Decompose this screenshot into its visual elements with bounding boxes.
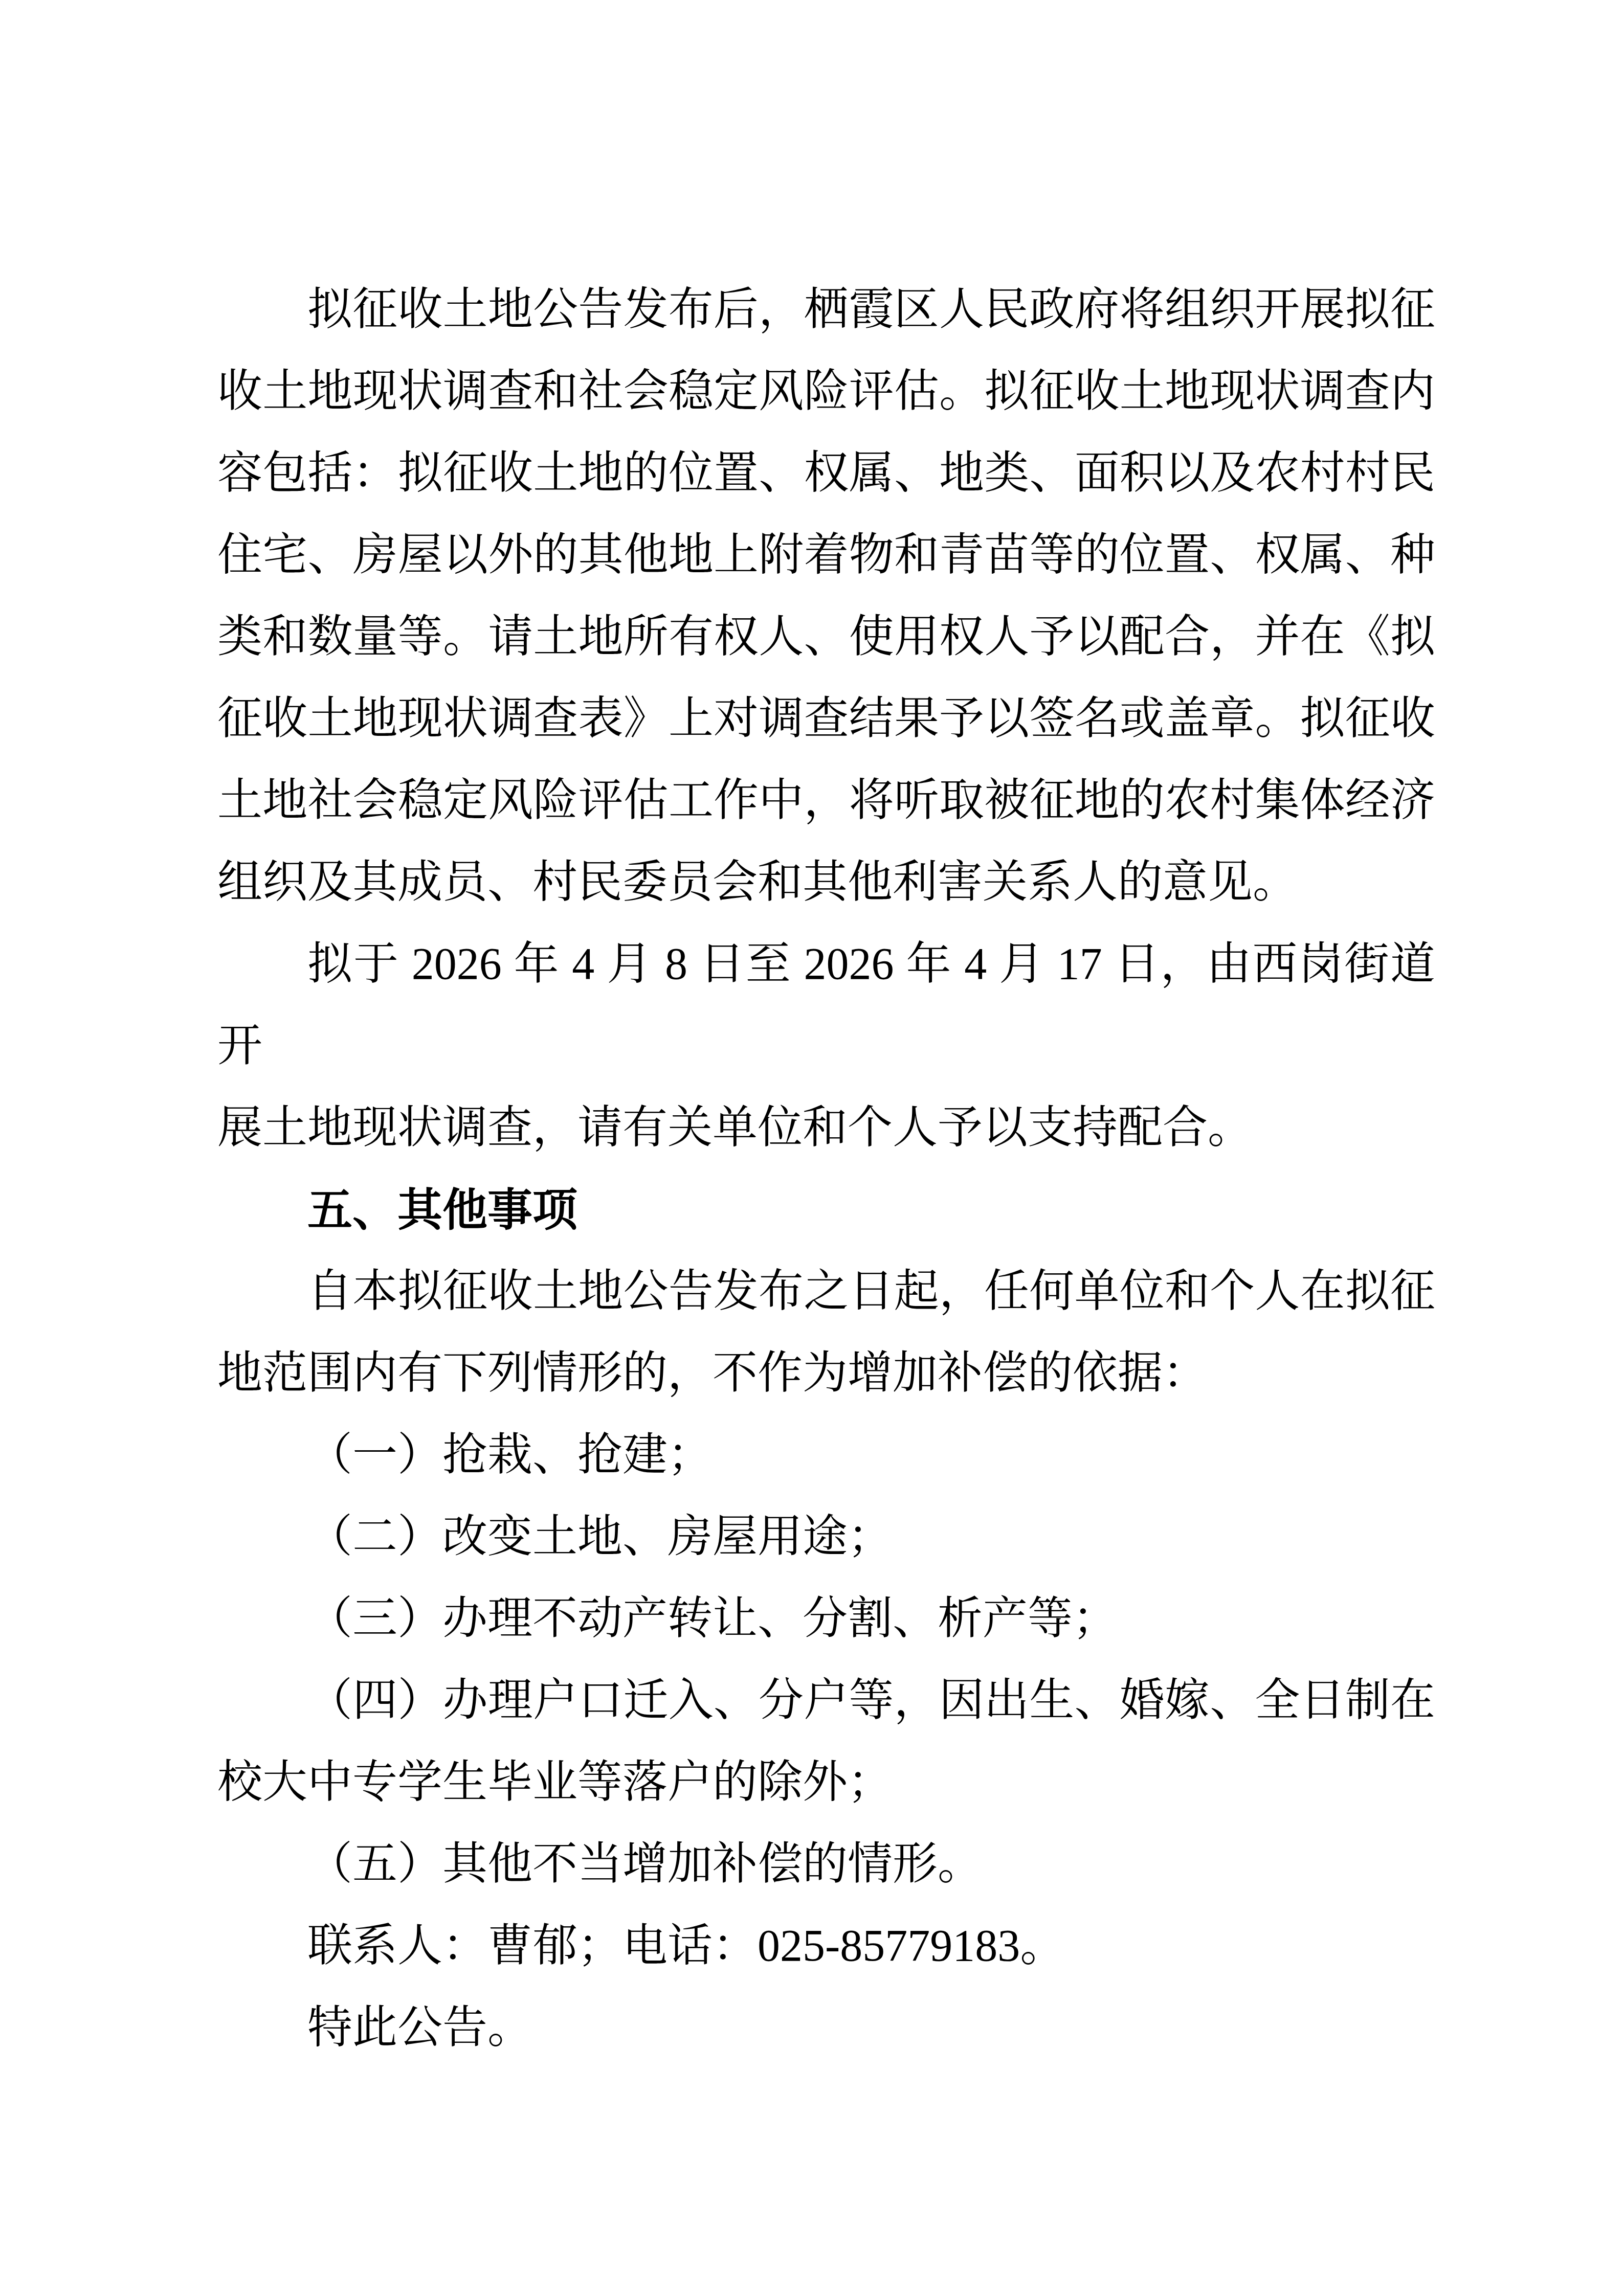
contact-line: 联系人：曹郁；电话：025-85779183。: [217, 1905, 1435, 1987]
notice-line: 类和数量等。请土地所有权人、使用权人予以配合，并在《拟: [217, 596, 1435, 678]
notice-line: 自本拟征收土地公告发布之日起，任何单位和个人在拟征: [217, 1251, 1435, 1333]
notice-line: 容包括：拟征收土地的位置、权属、地类、面积以及农村村民: [217, 433, 1435, 514]
list-item-line: （四）办理户口迁入、分户等，因出生、婚嫁、全日制在: [217, 1660, 1435, 1742]
notice-line: 住宅、房屋以外的其他地上附着物和青苗等的位置、权属、种: [217, 514, 1435, 596]
list-item-line: （一）抢栽、抢建；: [217, 1414, 1435, 1496]
notice-line: 拟征收土地公告发布后，栖霞区人民政府将组织开展拟征: [217, 269, 1435, 351]
list-item-line: 校大中专学生毕业等落户的除外；: [217, 1742, 1435, 1824]
notice-line: 组织及其成员、村民委员会和其他利害关系人的意见。: [217, 842, 1435, 924]
list-item-line: （五）其他不当增加补偿的情形。: [217, 1824, 1435, 1905]
notice-line: 地范围内有下列情形的，不作为增加补偿的依据：: [217, 1333, 1435, 1414]
notice-line: 展土地现状调查，请有关单位和个人予以支持配合。: [217, 1087, 1435, 1169]
notice-line: 征收土地现状调查表》上对调查结果予以签名或盖章。拟征收: [217, 678, 1435, 760]
notice-line: 收土地现状调查和社会稳定风险评估。拟征收土地现状调查内: [217, 351, 1435, 433]
section-heading: 五、其他事项: [217, 1169, 1435, 1251]
closing-line: 特此公告。: [217, 1987, 1435, 2069]
list-item-line: （二）改变土地、房屋用途；: [217, 1496, 1435, 1578]
document-page: 拟征收土地公告发布后，栖霞区人民政府将组织开展拟征 收土地现状调查和社会稳定风险…: [0, 0, 1624, 2296]
notice-line: 拟于 2026 年 4 月 8 日至 2026 年 4 月 17 日，由西岗街道…: [217, 924, 1435, 1087]
notice-line: 土地社会稳定风险评估工作中，将听取被征地的农村集体经济: [217, 760, 1435, 842]
list-item-line: （三）办理不动产转让、分割、析产等；: [217, 1578, 1435, 1660]
